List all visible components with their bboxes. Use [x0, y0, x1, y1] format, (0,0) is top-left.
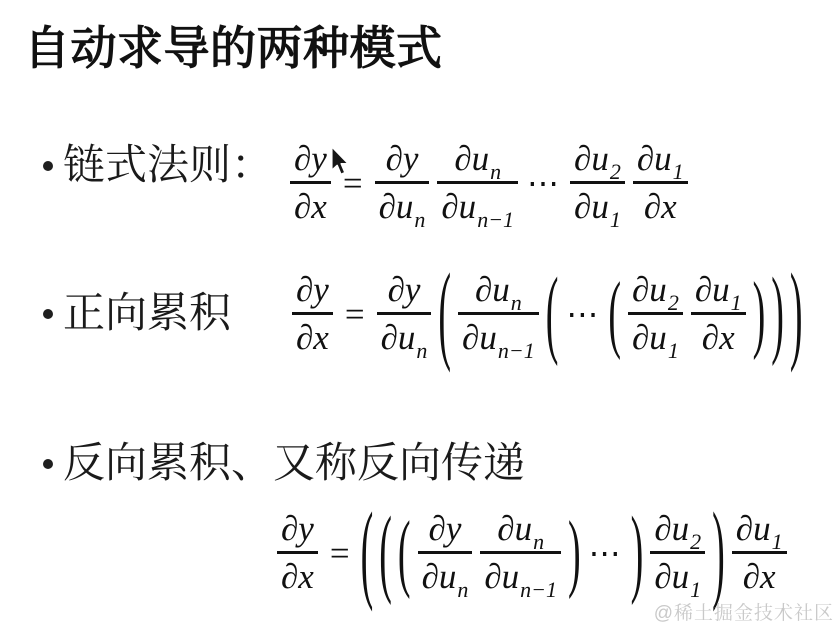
numerator: ∂un	[471, 268, 526, 312]
denominator: ∂x	[640, 184, 681, 230]
equals-sign: =	[330, 536, 350, 571]
fraction: ∂u1∂x	[691, 268, 746, 361]
bullet-label-forward-accumulation: 正向累积	[63, 287, 231, 339]
denominator: ∂u1	[650, 554, 705, 600]
math-term: ∂y	[296, 270, 329, 309]
denominator: ∂un−1	[480, 554, 561, 600]
big-paren: (	[608, 270, 621, 357]
denominator: ∂x	[292, 315, 333, 361]
ellipsis: ⋯	[589, 537, 623, 569]
denominator: ∂u1	[570, 184, 625, 230]
denominator: ∂u1	[628, 315, 683, 361]
math-subscript: n	[414, 207, 425, 232]
ellipsis: ⋯	[566, 298, 600, 330]
math-term: ∂u	[736, 509, 771, 548]
numerator: ∂u1	[633, 137, 688, 181]
bullet-dot	[43, 161, 53, 171]
denominator: ∂x	[739, 554, 780, 600]
math-term: ∂u	[632, 318, 667, 357]
math-term: ∂x	[294, 187, 327, 226]
fraction: ∂u1∂x	[732, 507, 787, 600]
math-term: ∂u	[654, 509, 689, 548]
mouse-cursor-icon	[330, 146, 351, 179]
math-subscript: n	[416, 338, 427, 363]
watermark: @稀土掘金技术社区	[654, 598, 834, 625]
fraction: ∂un∂un−1	[480, 507, 561, 600]
math-term: ∂u	[462, 318, 497, 357]
math-term: ∂u	[484, 557, 519, 596]
fraction: ∂y∂un	[418, 507, 473, 600]
big-paren: )	[631, 504, 644, 603]
math-term: ∂u	[381, 318, 416, 357]
fraction: ∂u2∂u1	[650, 507, 705, 600]
fraction: ∂u2∂u1	[570, 137, 625, 230]
forward-accumulation-formula: ∂y∂x=∂y∂un(∂un∂un−1(⋯(∂u2∂u1∂u1∂x)))	[288, 268, 806, 360]
math-term: ∂x	[702, 318, 735, 357]
big-paren: (	[379, 504, 392, 603]
ellipsis: ⋯	[527, 167, 561, 199]
numerator: ∂u1	[691, 268, 746, 312]
slide: { "slide": { "title": "自动求导的两种模式", "wate…	[0, 0, 840, 630]
numerator: ∂un	[450, 137, 505, 181]
math-term: ∂u	[475, 270, 510, 309]
big-paren: (	[398, 509, 411, 596]
bullet-dot	[43, 309, 53, 319]
denominator: ∂un−1	[458, 315, 539, 361]
equals-sign: =	[345, 297, 365, 332]
math-term: ∂u	[654, 557, 689, 596]
math-term: ∂x	[281, 557, 314, 596]
big-paren: )	[568, 509, 581, 596]
numerator: ∂un	[493, 507, 548, 551]
math-term: ∂u	[574, 139, 609, 178]
numerator: ∂y	[425, 507, 466, 551]
numerator: ∂u2	[570, 137, 625, 181]
fraction: ∂u1∂x	[633, 137, 688, 230]
big-paren: (	[546, 265, 559, 364]
bullet-label-chain-rule: 链式法则：	[63, 139, 273, 191]
big-paren: )	[771, 265, 784, 364]
denominator: ∂x	[290, 184, 331, 230]
math-subscript: n−1	[477, 207, 514, 232]
fraction: ∂y∂x	[277, 507, 318, 600]
math-subscript: 1	[610, 207, 621, 232]
math-subscript: 1	[668, 338, 679, 363]
fraction: ∂u2∂u1	[628, 268, 683, 361]
math-term: ∂u	[422, 557, 457, 596]
math-term: ∂u	[497, 509, 532, 548]
numerator: ∂u1	[732, 507, 787, 551]
page-title: 自动求导的两种模式	[24, 12, 443, 78]
math-term: ∂u	[632, 270, 667, 309]
math-term: ∂u	[574, 187, 609, 226]
reverse-accumulation-formula: ∂y∂x=(((∂y∂un∂un∂un−1)⋯)∂u2∂u1)∂u1∂x	[273, 507, 791, 599]
numerator: ∂y	[384, 268, 425, 312]
fraction: ∂y∂x	[290, 137, 331, 230]
math-term: ∂u	[441, 187, 476, 226]
big-paren: )	[712, 498, 725, 608]
math-term: ∂x	[296, 318, 329, 357]
math-term: ∂y	[386, 139, 419, 178]
math-subscript: n−1	[520, 577, 557, 602]
numerator: ∂y	[292, 268, 333, 312]
denominator: ∂x	[277, 554, 318, 600]
math-term: ∂x	[644, 187, 677, 226]
numerator: ∂y	[382, 137, 423, 181]
denominator: ∂un	[377, 315, 432, 361]
math-term: ∂y	[281, 509, 314, 548]
denominator: ∂un	[418, 554, 473, 600]
numerator: ∂u2	[650, 507, 705, 551]
math-subscript: n−1	[498, 338, 535, 363]
fraction: ∂un∂un−1	[458, 268, 539, 361]
bullet-label-reverse-accumulation: 反向累积、又称反向传递	[63, 437, 525, 489]
fraction: ∂y∂x	[292, 268, 333, 361]
math-term: ∂y	[388, 270, 421, 309]
math-subscript: n	[457, 577, 468, 602]
math-term: ∂y	[294, 139, 327, 178]
denominator: ∂un−1	[437, 184, 518, 230]
math-term: ∂y	[429, 509, 462, 548]
big-paren: (	[361, 498, 374, 608]
big-paren: )	[790, 259, 803, 369]
fraction: ∂y∂un	[377, 268, 432, 361]
bullet-dot	[43, 459, 53, 469]
math-term: ∂u	[454, 139, 489, 178]
fraction: ∂un∂un−1	[437, 137, 518, 230]
big-paren: (	[438, 259, 451, 369]
math-term: ∂u	[379, 187, 414, 226]
denominator: ∂un	[375, 184, 430, 230]
math-term: ∂u	[637, 139, 672, 178]
numerator: ∂u2	[628, 268, 683, 312]
fraction: ∂y∂un	[375, 137, 430, 230]
denominator: ∂x	[698, 315, 739, 361]
big-paren: )	[753, 270, 766, 357]
math-term: ∂u	[695, 270, 730, 309]
math-term: ∂x	[743, 557, 776, 596]
numerator: ∂y	[290, 137, 331, 181]
numerator: ∂y	[277, 507, 318, 551]
